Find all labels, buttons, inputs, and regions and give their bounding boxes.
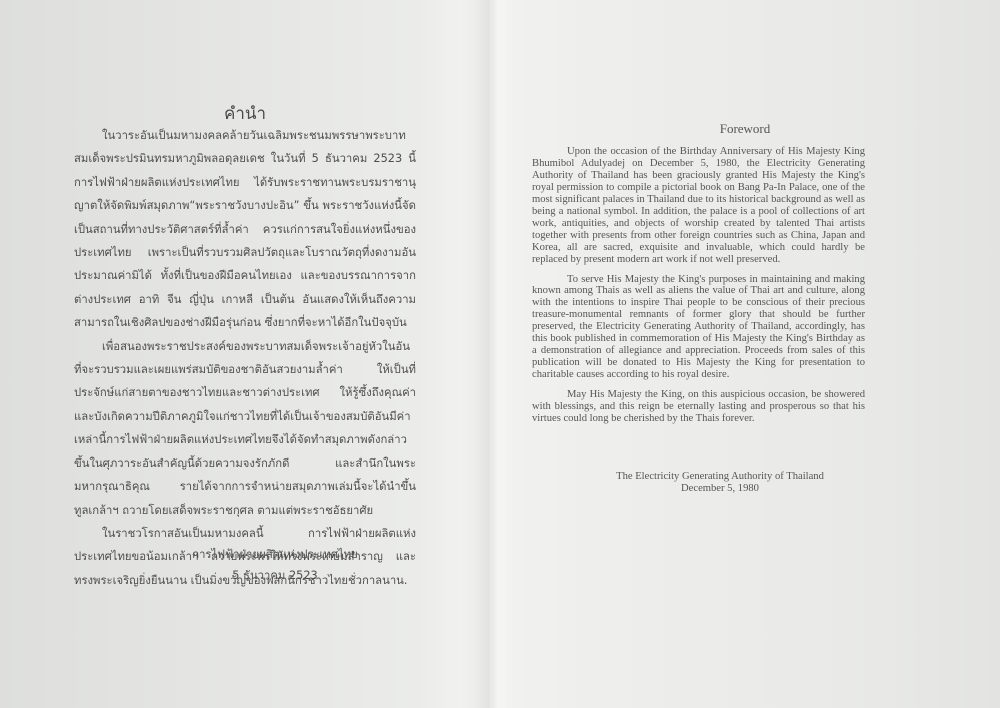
english-paragraph: To serve His Majesty the King's purposes…	[532, 274, 865, 382]
english-paragraph: Upon the occasion of the Birthday Annive…	[532, 146, 865, 266]
book-spread: คำนำ ในวาระอันเป็นมหามงคลคล้ายวันเฉลิมพร…	[0, 0, 1000, 708]
thai-paragraph: เพื่อสนองพระราชประสงค์ของพระบาทสมเด็จพระ…	[74, 335, 416, 522]
english-signature: The Electricity Generating Authority of …	[590, 471, 850, 483]
english-foreword-page: Foreword Upon the occasion of the Birthd…	[490, 0, 1000, 708]
thai-date: 5 ธันวาคม 2523	[175, 565, 375, 586]
thai-page-title: คำนำ	[0, 100, 490, 127]
english-paragraph: May His Majesty the King, on this auspic…	[532, 389, 865, 425]
english-body-text: Upon the occasion of the Birthday Annive…	[532, 146, 865, 433]
english-signature-block: The Electricity Generating Authority of …	[590, 471, 850, 495]
thai-body-text: ในวาระอันเป็นมหามงคลคล้ายวันเฉลิมพระชนมพ…	[74, 124, 416, 592]
thai-signature-block: การไฟฟ้าฝ่ายผลิตแห่งประเทศไทย 5 ธันวาคม …	[175, 544, 375, 586]
thai-foreword-page: คำนำ ในวาระอันเป็นมหามงคลคล้ายวันเฉลิมพร…	[0, 0, 490, 708]
thai-paragraph: ในวาระอันเป็นมหามงคลคล้ายวันเฉลิมพระชนมพ…	[74, 124, 416, 335]
english-page-title: Foreword	[490, 121, 1000, 137]
thai-signature: การไฟฟ้าฝ่ายผลิตแห่งประเทศไทย	[175, 544, 375, 565]
english-date: December 5, 1980	[590, 483, 850, 495]
